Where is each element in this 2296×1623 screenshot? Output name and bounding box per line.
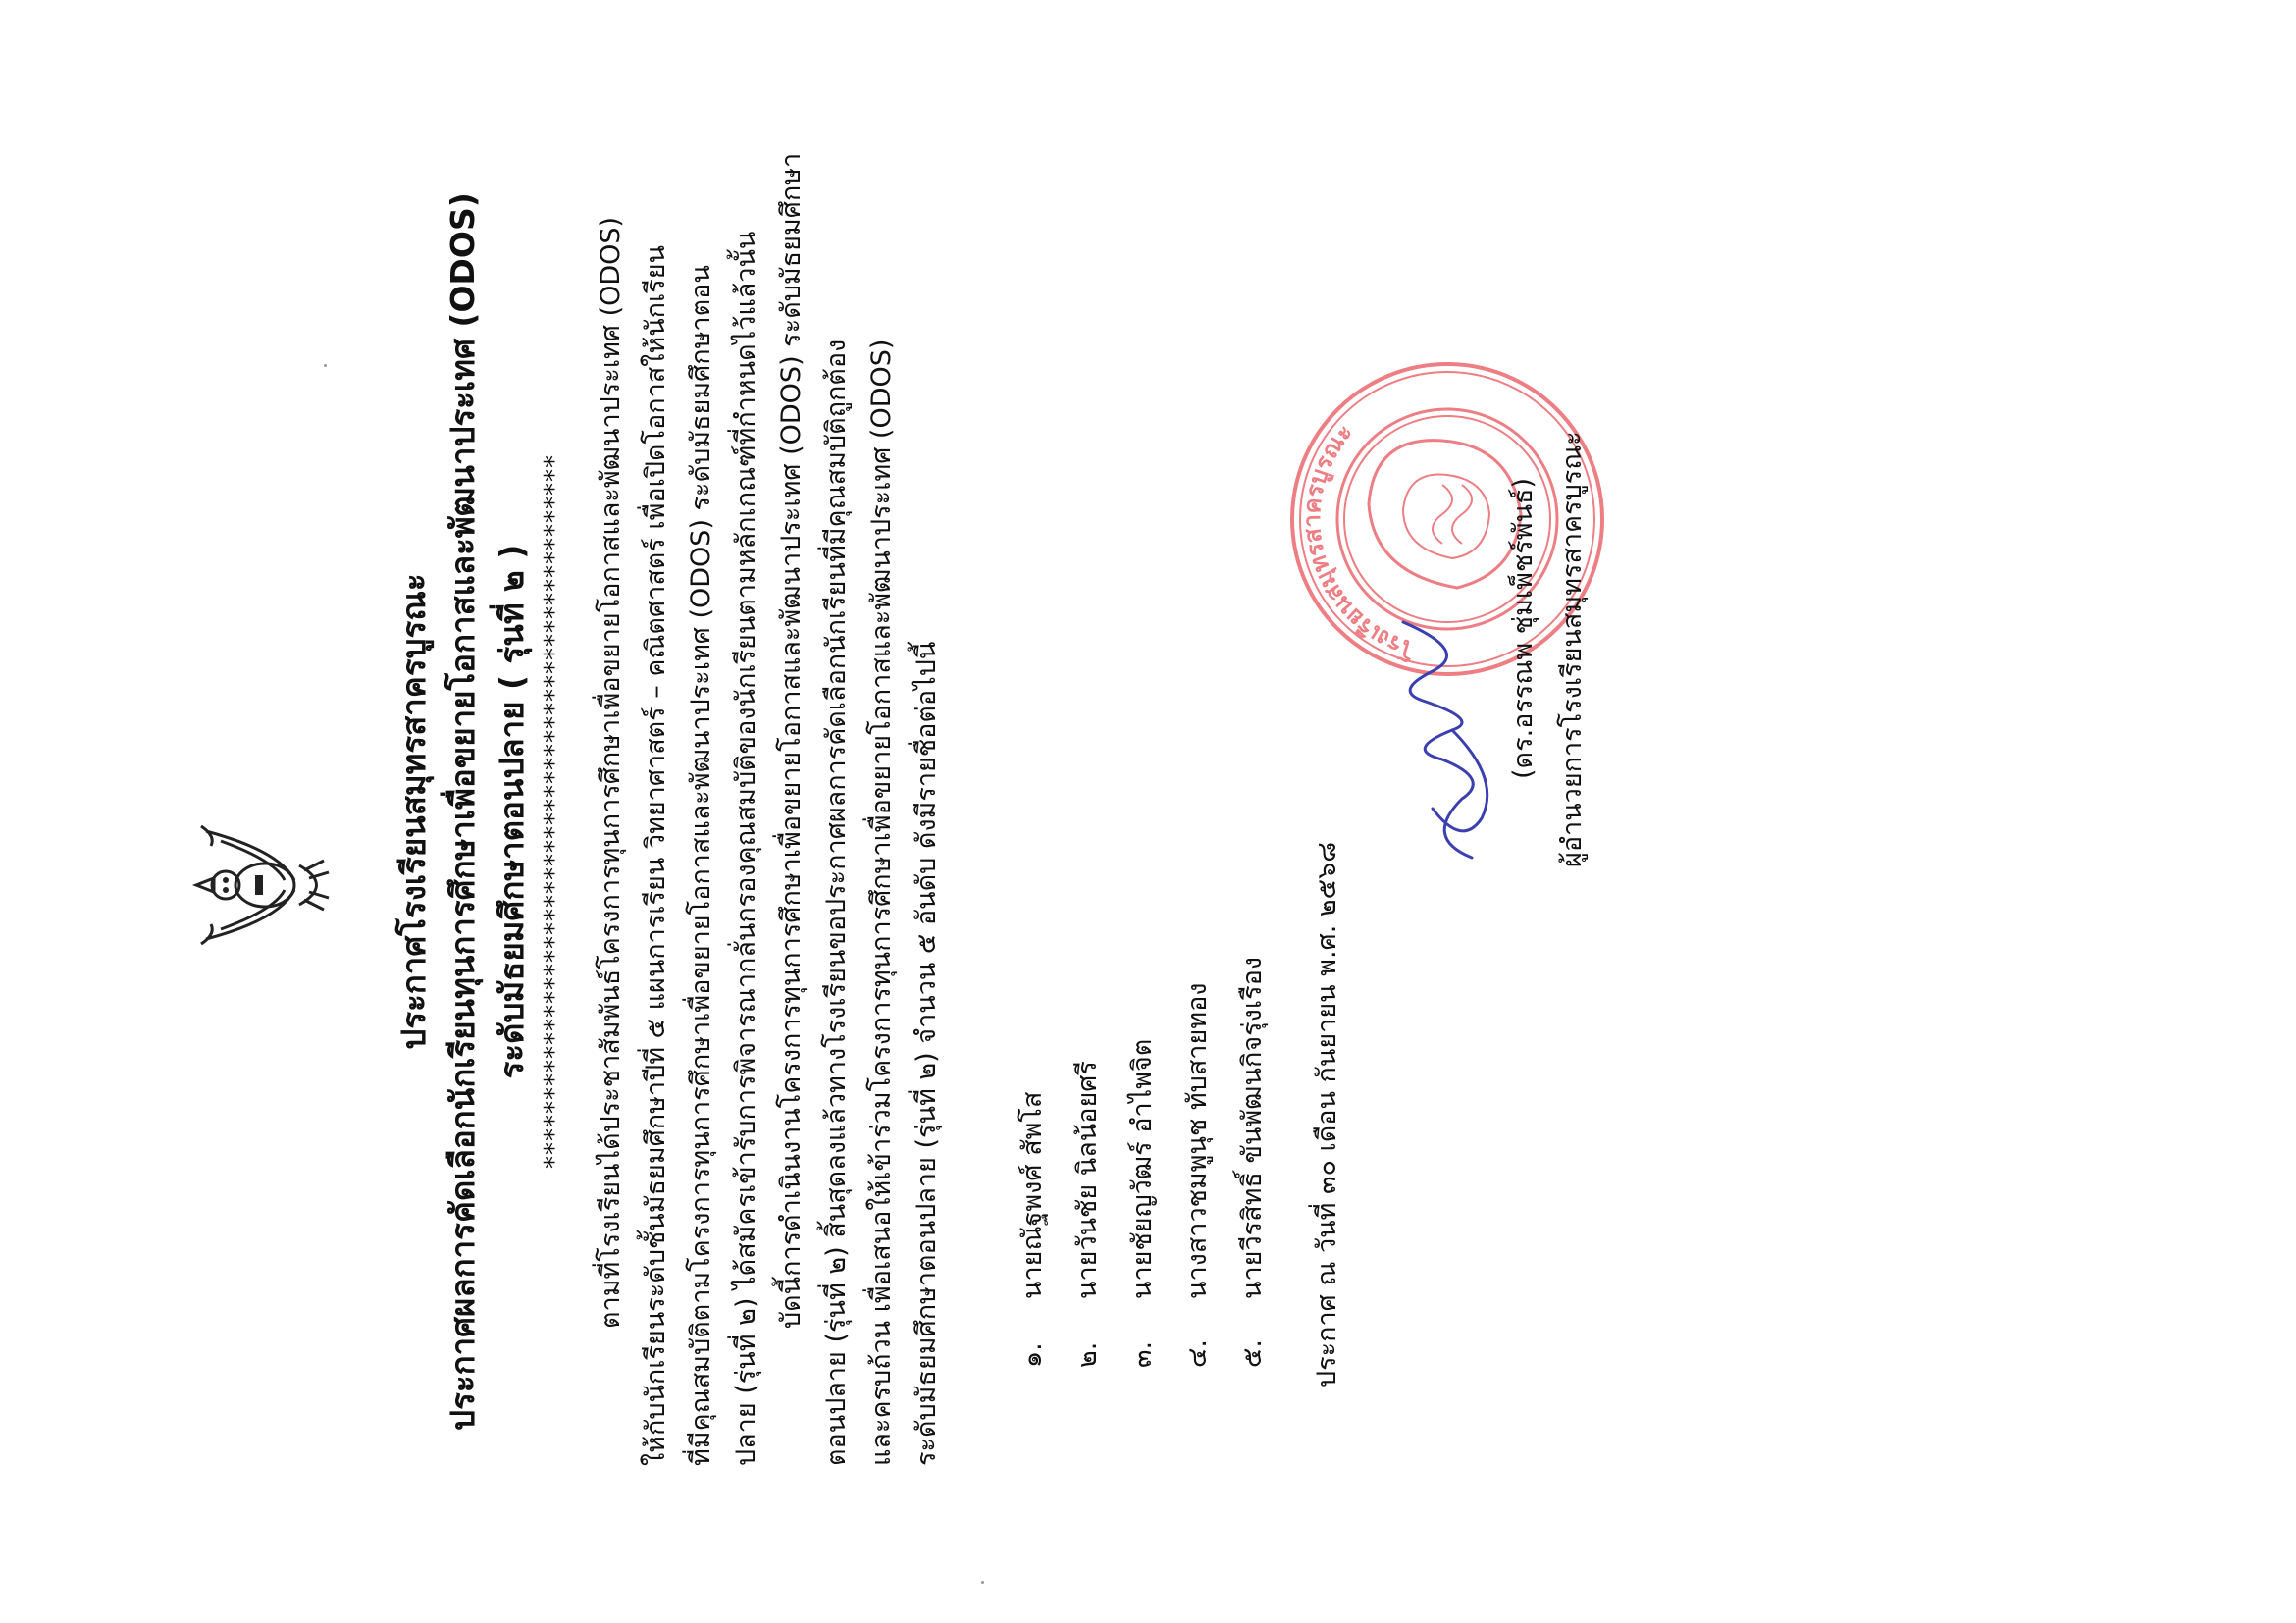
body-line: ปลาย (รุ่นที่ ๒) ได้สมัครเข้ารับการพิจาร…	[724, 112, 769, 1466]
body-line: ระดับมัธยมศึกษาตอนปลาย (รุ่นที่ ๒) จำนวน…	[905, 112, 950, 1466]
candidate-name: นายวันชัย นิลน้อยศรี	[1072, 1061, 1103, 1299]
paragraph-1: ตามที่โรงเรียนได้ประชาสัมพันธ์โครงการทุน…	[589, 112, 769, 1466]
signatory-name: (ดร.อรรณพ ชุ่มเพ็ชร์พันธ์)	[1501, 478, 1543, 779]
school-announcement-title: ประกาศโรงเรียนสมุทรสาครบูรณะ	[388, 0, 440, 1623]
list-number: ๓.	[1116, 1299, 1171, 1368]
scan-speck	[324, 364, 327, 367]
body-line: ให้กับนักเรียนระดับชั้นมัธยมศึกษาปีที่ ๕…	[634, 112, 679, 1466]
signatory-position: ผู้อำนวยการโรงเรียนสมุทรสาครบูรณะ	[1550, 431, 1592, 867]
document-page: ประกาศโรงเรียนสมุทรสาครบูรณะ ประกาศผลการ…	[0, 0, 2296, 1623]
list-item: ๔.นางสาวชมพูนุช ทับสายทอง	[1171, 957, 1226, 1368]
announcement-date: ประกาศ ณ วันที่ ๓๐ เดือน กันยายน พ.ศ. ๒๕…	[1305, 842, 1347, 1387]
garuda-emblem-icon	[186, 821, 334, 949]
candidate-name: นายชัยญวัฒร์ อำไพจิต	[1127, 1039, 1158, 1299]
list-number: ๕.	[1226, 1299, 1280, 1368]
list-item: ๕.นายวีรสิทธิ์ ขันพัฒนกิจรุ่งเรือง	[1226, 957, 1280, 1368]
body-line: และครบถ้วน เพื่อเสนอให้เข้าร่วมโครงการทุ…	[860, 112, 905, 1466]
body-line: บัดนี้การดำเนินงานโครงการทุนการศึกษาเพื่…	[769, 112, 814, 1466]
body-line: ตอนปลาย (รุ่นที่ ๒) สิ้นสุดลงแล้วทางโรงเ…	[814, 112, 860, 1466]
candidate-name: นางสาวชมพูนุช ทับสายทอง	[1182, 983, 1213, 1299]
list-item: ๒.นายวันชัย นิลน้อยศรี	[1061, 957, 1116, 1368]
list-item: ๑.นายณัฐพงศ์ สัพโส	[1006, 957, 1061, 1368]
signature-icon	[1364, 583, 1501, 877]
body-line: ตามที่โรงเรียนได้ประชาสัมพันธ์โครงการทุน…	[589, 112, 634, 1466]
list-number: ๒.	[1061, 1299, 1116, 1368]
separator-line: ****************************************…	[540, 0, 569, 1623]
candidate-list: ๑.นายณัฐพงศ์ สัพโส ๒.นายวันชัย นิลน้อยศร…	[1006, 957, 1280, 1368]
body-line: ที่มีคุณสมบัติตามโครงการทุนการศึกษาเพื่อ…	[679, 112, 724, 1466]
list-item: ๓.นายชัยญวัฒร์ อำไพจิต	[1116, 957, 1171, 1368]
list-number: ๑.	[1006, 1299, 1061, 1368]
list-number: ๔.	[1171, 1299, 1226, 1368]
candidate-name: นายณัฐพงศ์ สัพโส	[1018, 1092, 1048, 1299]
announcement-level: ระดับมัธยมศึกษาตอนปลาย ( รุ่นที่ ๒ )	[486, 0, 538, 1623]
announcement-subject: ประกาศผลการคัดเลือกนักเรียนทุนการศึกษาเพ…	[437, 0, 489, 1623]
paragraph-2: บัดนี้การดำเนินงานโครงการทุนการศึกษาเพื่…	[769, 112, 950, 1466]
announcement-body: ตามที่โรงเรียนได้ประชาสัมพันธ์โครงการทุน…	[589, 112, 950, 1466]
scan-speck	[981, 1581, 984, 1584]
candidate-name: นายวีรสิทธิ์ ขันพัฒนกิจรุ่งเรือง	[1237, 957, 1268, 1299]
